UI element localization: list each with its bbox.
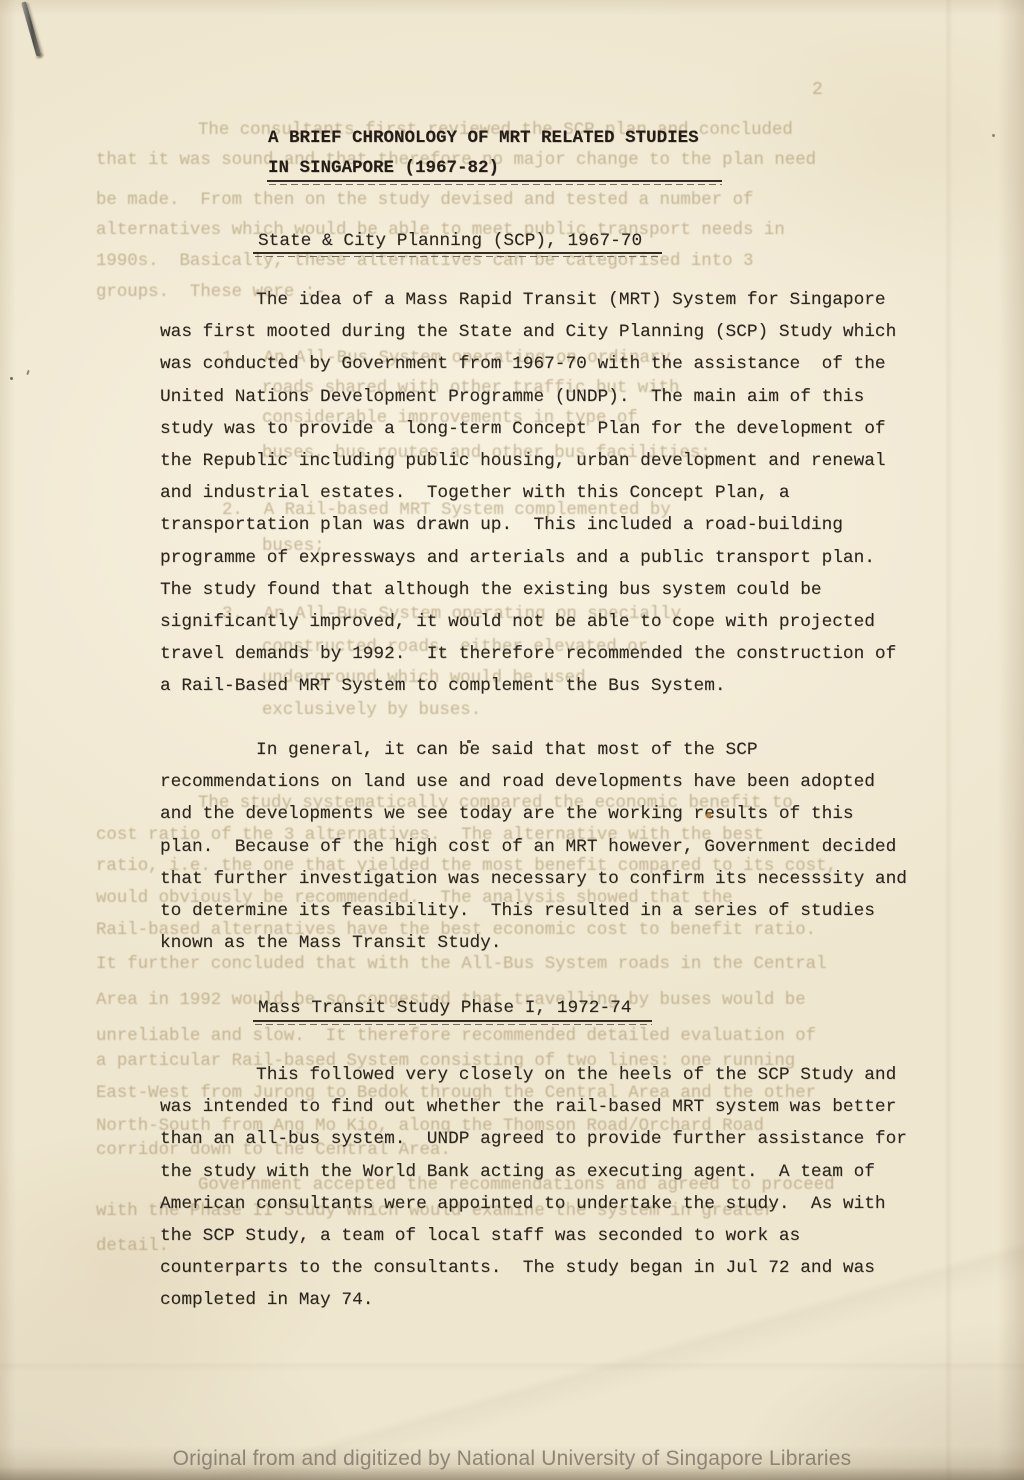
bleed-through-line: detail.: [96, 1236, 169, 1258]
typed-text-line: the SCP Study, a team of local staff was…: [160, 1220, 907, 1252]
typed-text-line: was conducted by Government from 1967-70…: [160, 348, 896, 380]
typed-text-line: to determine its feasibility. This resul…: [160, 895, 907, 927]
bleed-through-line: unreliable and slow. It therefore recomm…: [96, 1026, 816, 1048]
paragraph-scp-1: The idea of a Mass Rapid Transit (MRT) S…: [160, 284, 896, 702]
typed-text-line: was intended to find out whether the rai…: [160, 1091, 907, 1123]
scp-heading-underline: [253, 252, 662, 258]
section-heading-scp: State & City Planning (SCP), 1967-70: [258, 230, 642, 252]
section-heading-mts: Mass Transit Study Phase I, 1972-74: [258, 997, 631, 1019]
typed-text-line: known as the Mass Transit Study.: [160, 927, 907, 959]
typed-text-line: The study found that although the existi…: [160, 574, 896, 606]
typed-text-line: was first mooted during the State and Ci…: [160, 316, 896, 348]
typed-text-line: significantly improved, it would not be …: [160, 606, 896, 638]
ink-speck: [10, 377, 13, 380]
typed-text-line: a Rail-Based MRT System to complement th…: [160, 670, 896, 702]
typed-text-line: recommendations on land use and road dev…: [160, 766, 907, 798]
title-underline: [267, 180, 722, 186]
typed-text-line: completed in May 74.: [160, 1284, 907, 1316]
typed-text-line: American consultants were appointed to u…: [160, 1188, 907, 1220]
typed-text-line: transportation plan was drawn up. This i…: [160, 509, 896, 541]
typed-text-line: travel demands by 1992. It therefore rec…: [160, 638, 896, 670]
typed-text-line: In general, it can be said that most of …: [160, 734, 907, 766]
typed-text-line: than an all-bus system. UNDP agreed to p…: [160, 1123, 907, 1155]
typed-text-line: plan. Because of the high cost of an MRT…: [160, 831, 907, 863]
digitization-credit: Original from and digitized by National …: [0, 1447, 1024, 1471]
bleed-through-line: exclusively by buses.: [262, 700, 481, 722]
typewriter-artifact-speck: [467, 740, 471, 743]
paragraph-mts-1: This followed very closely on the heels …: [160, 1059, 907, 1317]
document-title-line-2: IN SINGAPORE (1967-82): [268, 157, 499, 179]
document-title-line-1: A BRIEF CHRONOLOGY OF MRT RELATED STUDIE…: [268, 127, 699, 149]
typed-text-line: programme of expressways and arterials a…: [160, 542, 896, 574]
scanned-page: The consultants first reviewed the SCP p…: [0, 0, 1024, 1480]
typed-text-line: counterparts to the consultants. The stu…: [160, 1252, 907, 1284]
mts-heading-underline: [253, 1020, 652, 1026]
paragraph-scp-2: In general, it can be said that most of …: [160, 734, 907, 959]
typed-text-line: study was to provide a long-term Concept…: [160, 413, 896, 445]
typed-text-line: the Republic including public housing, u…: [160, 445, 896, 477]
typed-text-line: that further investigation was necessary…: [160, 863, 907, 895]
typed-text-line: and industrial estates. Together with th…: [160, 477, 896, 509]
typed-text-line: the study with the World Bank acting as …: [160, 1156, 907, 1188]
bleed-through-line: be made. From then on the study devised …: [96, 190, 753, 212]
typed-text-line: and the developments we see today are th…: [160, 798, 907, 830]
typed-text-line: This followed very closely on the heels …: [160, 1059, 907, 1091]
typed-text-line: United Nations Development Programme (UN…: [160, 381, 896, 413]
ink-speck: [992, 134, 995, 137]
paper-stain: [706, 813, 711, 818]
bleed-through-page-number: 2: [812, 80, 823, 100]
typed-text-line: The idea of a Mass Rapid Transit (MRT) S…: [160, 284, 896, 316]
